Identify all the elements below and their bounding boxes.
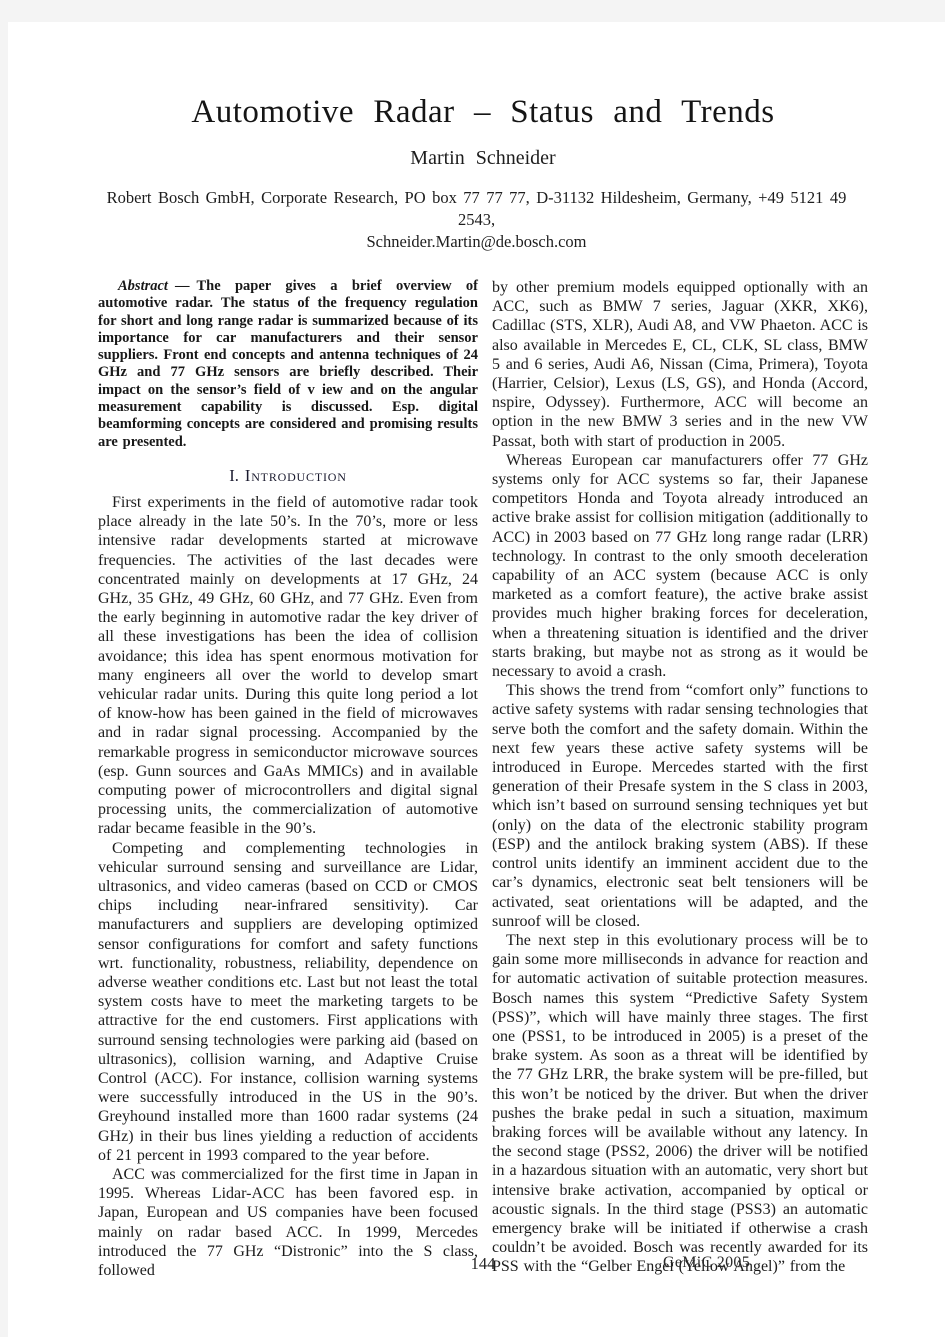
abstract-dash: — <box>175 278 190 294</box>
body-paragraph: First experiments in the field of automo… <box>98 493 478 839</box>
body-paragraph: Competing and complementing technologies… <box>98 839 478 1165</box>
left-column: Abstract—The paper gives a brief overvie… <box>98 278 478 1280</box>
two-column-body: Abstract—The paper gives a brief overvie… <box>98 278 945 1280</box>
affiliation-line-2: Schneider.Martin@de.bosch.com <box>85 231 868 253</box>
right-column: by other premium models equipped optiona… <box>492 278 868 1280</box>
section-number: I. <box>229 466 239 485</box>
footer-conference-label: GeMiC 2005 <box>663 1254 750 1272</box>
abstract: Abstract—The paper gives a brief overvie… <box>98 278 478 451</box>
body-paragraph: This shows the trend from “comfort only”… <box>492 681 868 931</box>
footer-page-number: 144 <box>98 1254 868 1274</box>
author-name: Martin Schneider <box>98 147 868 170</box>
body-paragraph: by other premium models equipped optiona… <box>492 278 868 451</box>
paper-page: Automotive Radar – Status and Trends Mar… <box>8 22 945 1337</box>
paper-title: Automotive Radar – Status and Trends <box>98 94 868 131</box>
section-title: Introduction <box>245 466 347 485</box>
body-paragraph: Whereas European car manufacturers offer… <box>492 451 868 681</box>
abstract-text: The paper gives a brief overview of auto… <box>98 278 478 450</box>
affiliation-line-1: Robert Bosch GmbH, Corporate Research, P… <box>85 187 868 231</box>
abstract-label: Abstract <box>118 278 168 294</box>
body-paragraph: The next step in this evolutionary proce… <box>492 931 868 1277</box>
scan-canvas: Automotive Radar – Status and Trends Mar… <box>0 0 945 1337</box>
section-heading-introduction: I.Introduction <box>98 466 478 486</box>
